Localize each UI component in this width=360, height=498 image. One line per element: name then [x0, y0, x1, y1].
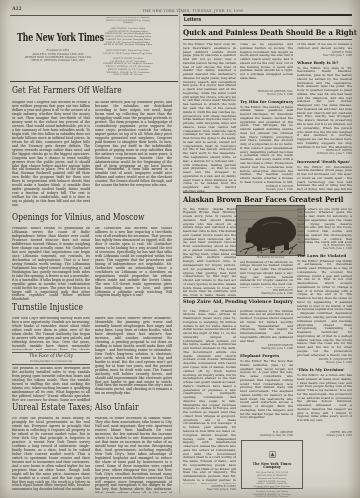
letter-col3-intro-text: of life itself. If we are to remain a ci…	[297, 43, 352, 50]
letter-whose-body: To the Editor: You state in 'Dr. Kevorki…	[297, 67, 352, 156]
letter-alaska-col1: To the Editor: 'Alaska Board Expands Bro…	[183, 208, 236, 296]
company-emblem-icon	[269, 451, 276, 458]
bear-image-caption: The Kodiak brown bear	[237, 256, 304, 259]
zaire-headline-rule	[183, 297, 293, 298]
subhead-increased-death-span: Increased 'Death Span'	[297, 159, 350, 164]
letter-zaire-col2-text: political violence by the Zairian state …	[240, 310, 293, 344]
subhead-elephant-forgets: Elephant Forgets	[240, 353, 279, 358]
letter-signature: PATRICIA R. OWENS Portland, Ore., June 7…	[297, 149, 352, 155]
letter-signature: ANDREW B. CAREY New York, June 6, 1990	[183, 485, 236, 491]
letter-alaska-col2-text: ent themselves of the silenced; no refug…	[240, 261, 293, 289]
letters-top-rule	[183, 14, 352, 16]
inset-title: The Face of the City	[12, 354, 90, 359]
company-officers: ARTHUR OCHS SULZBERGER Chairman and Chie…	[243, 475, 301, 498]
paper-date-line: THE NEW YORK TIMES, TUESDAY, JUNE 19, 19…	[118, 9, 268, 13]
letter-signature: H. B. OSBORNE Washington, May 30, 1990	[240, 431, 293, 437]
letter-col3-intro: of life itself. If we are to remain a ci…	[297, 43, 352, 57]
face-of-city-inset: The Face of the City Turning thankful in…	[12, 352, 90, 366]
subhead-whose-body-is-it: Whose Body Is It?	[297, 60, 338, 65]
editorial-turnstile-col1: New York City's fare-beating subway rule…	[12, 317, 90, 401]
letters-section-label: Letters	[184, 17, 201, 23]
headline-alaskan-brown-bear: Alaskan Brown Bear Faces Greatest Peril	[183, 195, 343, 204]
letter-kevorkian-col1: To the Editor: The furor over Dr. Jack K…	[183, 43, 236, 192]
editorial-estate-col2: relation to either increases in taxable …	[95, 417, 172, 493]
masthead-rule	[10, 81, 178, 82]
newspaper-page: A22 THE NEW YORK TIMES, TUESDAY, JUNE 19…	[0, 0, 360, 498]
company-address: 229 West 43d St., N.Y. 10036	[243, 471, 301, 474]
letter-decision: To the Editor: As a nurse who has been p…	[297, 374, 352, 437]
editorial-vilnius-col1: President Bush's refusal to grandstand o…	[12, 227, 90, 300]
letter-signature: M. R. HODGSON, M.D. New York, June 1, 19…	[297, 244, 352, 250]
headline-stop-zaire-aid: Stop Zaire Aid, Pending Violence Inquiry	[183, 299, 293, 305]
letter-conspiracy: To the Editor: The suicide of Janet Adki…	[240, 106, 293, 192]
letter-signature: CHERYL MILLER Ottawa, June 8, 1990	[297, 431, 352, 437]
publisher-history: ADOLPH S. OCHS, Publisher 1896-1935 ARTH…	[12, 53, 104, 63]
editorial-farm-col1: Imagine that Congress had decided to cre…	[12, 101, 90, 212]
letters-lead-headline: Quick and Painless Death Should Be a Rig…	[183, 28, 357, 37]
letters-label-rule	[183, 25, 352, 26]
letter-zaire-col1: To the Editor: As President Mobutu Sese …	[183, 310, 236, 492]
letter-signature: DANIEL R. COQUILLETTE Boston, June 5, 19…	[297, 358, 352, 364]
letter-zaire-col2: political violence by the Zairian state …	[240, 310, 293, 351]
letter-kevorkian-col2: come as an expensive and painless burden…	[240, 43, 293, 96]
letter-laws: To the Editor: Whatever one thinks of eu…	[297, 260, 352, 365]
letter-signature: JUDITH P. ROSS New York, June 7, 1990	[297, 51, 352, 57]
editorial-vilnius-col2: Mr. Gorbachev has decreed that Vilnius a…	[95, 227, 172, 300]
editorial-estate-col1: No other tax produces as much money so p…	[12, 417, 90, 493]
letter-signature: TED KERASOTE Washington, June 4, 1990	[240, 289, 293, 295]
editorial-headline-turnstile: Turnstile Injustice	[12, 303, 83, 313]
newspaper-logo: The New York Times	[17, 31, 104, 44]
header-rule-left	[10, 15, 178, 16]
editorial-headline-vilnius: Openings for Vilnius, and Moscow	[12, 213, 144, 223]
letter-signature: NORMAN F. CANTOR Newark, June 7, 1990	[240, 185, 293, 191]
page-fold-divider	[179, 8, 180, 494]
letter-whose-body-text: To the Editor: You state in 'Dr. Kevorki…	[297, 67, 352, 149]
lead-headline-rule	[183, 39, 352, 40]
letter-death-span-cont: wards where no one visits and no one lea…	[297, 208, 352, 251]
letter-conspiracy-text: To the Editor: The suicide of Janet Adki…	[240, 106, 293, 185]
page-folio: A22	[12, 7, 22, 12]
letter-alaska-col2: ent themselves of the silenced; no refug…	[240, 261, 293, 296]
editorial-headline-farm: Get Fat Farmers Off Welfare	[12, 86, 122, 96]
letter-laws-text: To the Editor: Whatever one thinks of eu…	[297, 260, 352, 358]
bear-illustration	[237, 206, 304, 255]
subhead-this-is-my-decision: 'This Is My Decision'	[297, 367, 345, 372]
editorial-turnstile-col1-top: New York City's fare-beating subway rule…	[12, 317, 90, 350]
subhead-try-him-for-conspiracy: Try Him for Conspiracy	[240, 99, 293, 104]
editorial-farm-col2: All these devices jack up consumer price…	[95, 101, 172, 212]
letter-death-span-text: To the Editor: Dr. Kevorkian's 'suicide …	[297, 166, 352, 193]
editorial-headline-estate: Unreal Estate Taxes; Also Unfair	[12, 403, 139, 413]
letter-elephant: To the Editor: Re 'The Ivory Ban Holds' …	[240, 360, 293, 437]
letter-signature: KENNETH MARTIN Washington, June 5, 1990	[240, 344, 293, 350]
subhead-laws-be-violated: The Laws Be Violated	[297, 253, 346, 258]
letter-signature: RONALD M. GREENE, M.D. Boston, June 8, 1…	[240, 90, 293, 96]
letter-elephant-text: To the Editor: Re 'The Ivory Ban Holds' …	[240, 360, 293, 430]
founded-line: Founded in 1851	[12, 48, 104, 52]
company-box: The New York Times Company 229 West 43d …	[241, 440, 303, 489]
company-name: The New York Times Company	[243, 463, 301, 471]
letter-death-span-cont-text: wards where no one visits and no one lea…	[297, 208, 352, 244]
masthead-staff-list: ARTHUR OCHS SULZBERGER, Publisher ARTHUR…	[102, 17, 154, 77]
inset-subtitle: Turning thankful in a renewed city	[12, 360, 90, 363]
editorial-turnstile-col2: Riders and courts deserve better arithme…	[95, 317, 172, 401]
letter-decision-text: To the Editor: As a nurse who has been p…	[297, 374, 352, 430]
editorial-turnstile-col1-bottom: The problem of blocked slots developed a…	[12, 367, 90, 401]
letter-zaire-col1-text: To the Editor: As President Mobutu Sese …	[183, 310, 236, 485]
letter-kevorkian-col2-text: come as an expensive and painless burden…	[240, 43, 293, 89]
